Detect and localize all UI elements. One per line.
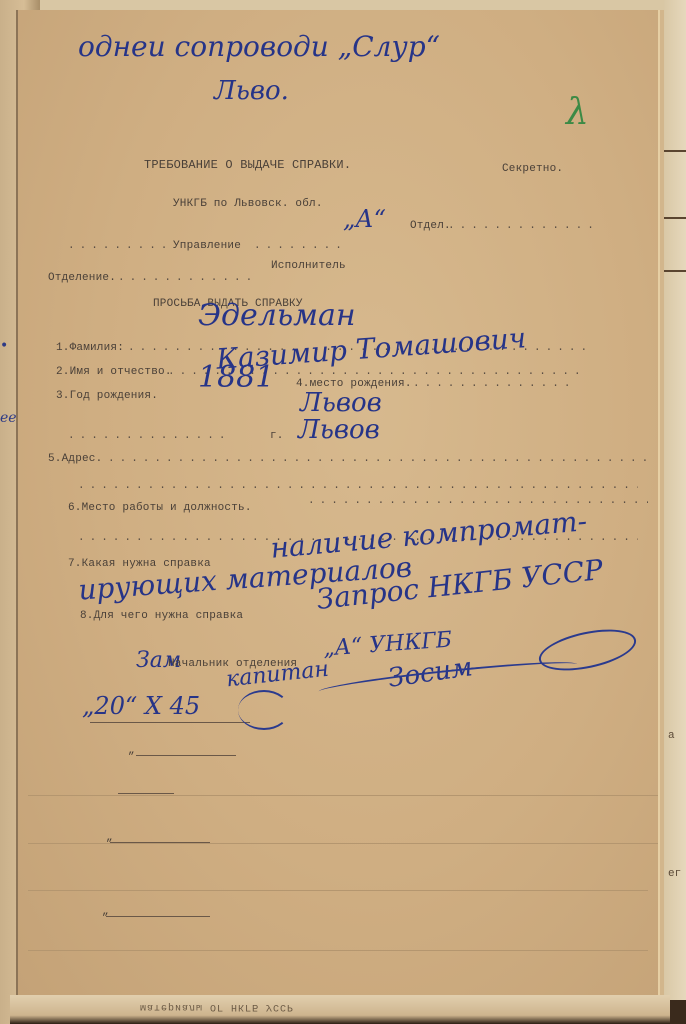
dotted-fill: ......... (68, 240, 178, 252)
dotted-fill: .............. (68, 430, 268, 442)
dotted-fill: ........................................… (78, 480, 638, 492)
page-fold-edge (28, 843, 658, 844)
item-label-city: г. (270, 430, 284, 442)
item-value-city: Львов (298, 415, 380, 445)
bottom-strip-text: материалы ОГ НКГБ УССР (140, 1001, 294, 1012)
item-label-workplace: 6.Место работы и должность. (68, 502, 252, 514)
item-label-birth-year: 3.Год рождения. (56, 390, 158, 402)
classification-stamp: Секретно. (502, 163, 563, 175)
right-underlying-page: а ег (664, 0, 686, 1000)
item-value-birth-year: 1881 (198, 360, 274, 395)
blank-line-marker: „ (128, 745, 135, 757)
item-label-purpose: 8.Для чего нужна справка (80, 610, 243, 622)
dotted-fill: ........................................… (108, 453, 648, 465)
blank-line (106, 916, 210, 917)
header-handwritten-line2: Льво. (214, 76, 289, 106)
executor-label: Исполнитель (271, 260, 346, 272)
blank-line (136, 755, 236, 756)
page-fold-edge (28, 890, 648, 891)
dotted-fill: ........................ (448, 220, 598, 232)
department-label: Отдел. (410, 220, 451, 232)
directorate-label: Управление (173, 240, 241, 252)
header-handwritten-line1: однеи сопроводи „Слур“ (78, 30, 440, 63)
item-label-name: 2.Имя и отчество. (56, 366, 172, 378)
agency-line: УНКГБ по Львовск. обл. (173, 198, 323, 210)
left-margin-ink: • (0, 338, 8, 354)
item-label-surname: 1.Фамилия: (56, 342, 124, 354)
dotted-fill: ............................... (308, 495, 648, 507)
item-value-birthplace: Львов (300, 388, 382, 418)
dotted-fill: .............. (413, 378, 583, 390)
document-page: однеи сопроводи „Слур“ Льво. λ ТРЕБОВАНИ… (16, 10, 658, 1000)
page-fold-edge (28, 795, 658, 796)
form-title: ТРЕБОВАНИЕ О ВЫДАЧЕ СПРАВКИ. (144, 158, 351, 172)
section-label: Отделение. (48, 272, 116, 284)
blank-line (110, 842, 210, 843)
dotted-fill: ............ (118, 272, 268, 284)
item-value-surname: Эдельман (198, 298, 356, 333)
page-bottom-torn-edge: материалы ОГ НКГБ УССР (10, 995, 670, 1024)
date-handwritten: „20“ X 45 (82, 692, 200, 720)
page-fold-edge (28, 950, 648, 951)
left-margin-ink: ее (0, 410, 17, 426)
date-underline (90, 722, 250, 723)
item-label-address: 5.Адрес. (48, 453, 102, 465)
green-check-mark: λ (566, 92, 589, 133)
dotted-fill: ........ (254, 240, 344, 252)
blank-line (118, 793, 174, 794)
item-value-what-certificate: наличие компромат- (269, 504, 588, 565)
date-flourish (238, 690, 290, 730)
department-letter: „А“ (343, 205, 386, 233)
